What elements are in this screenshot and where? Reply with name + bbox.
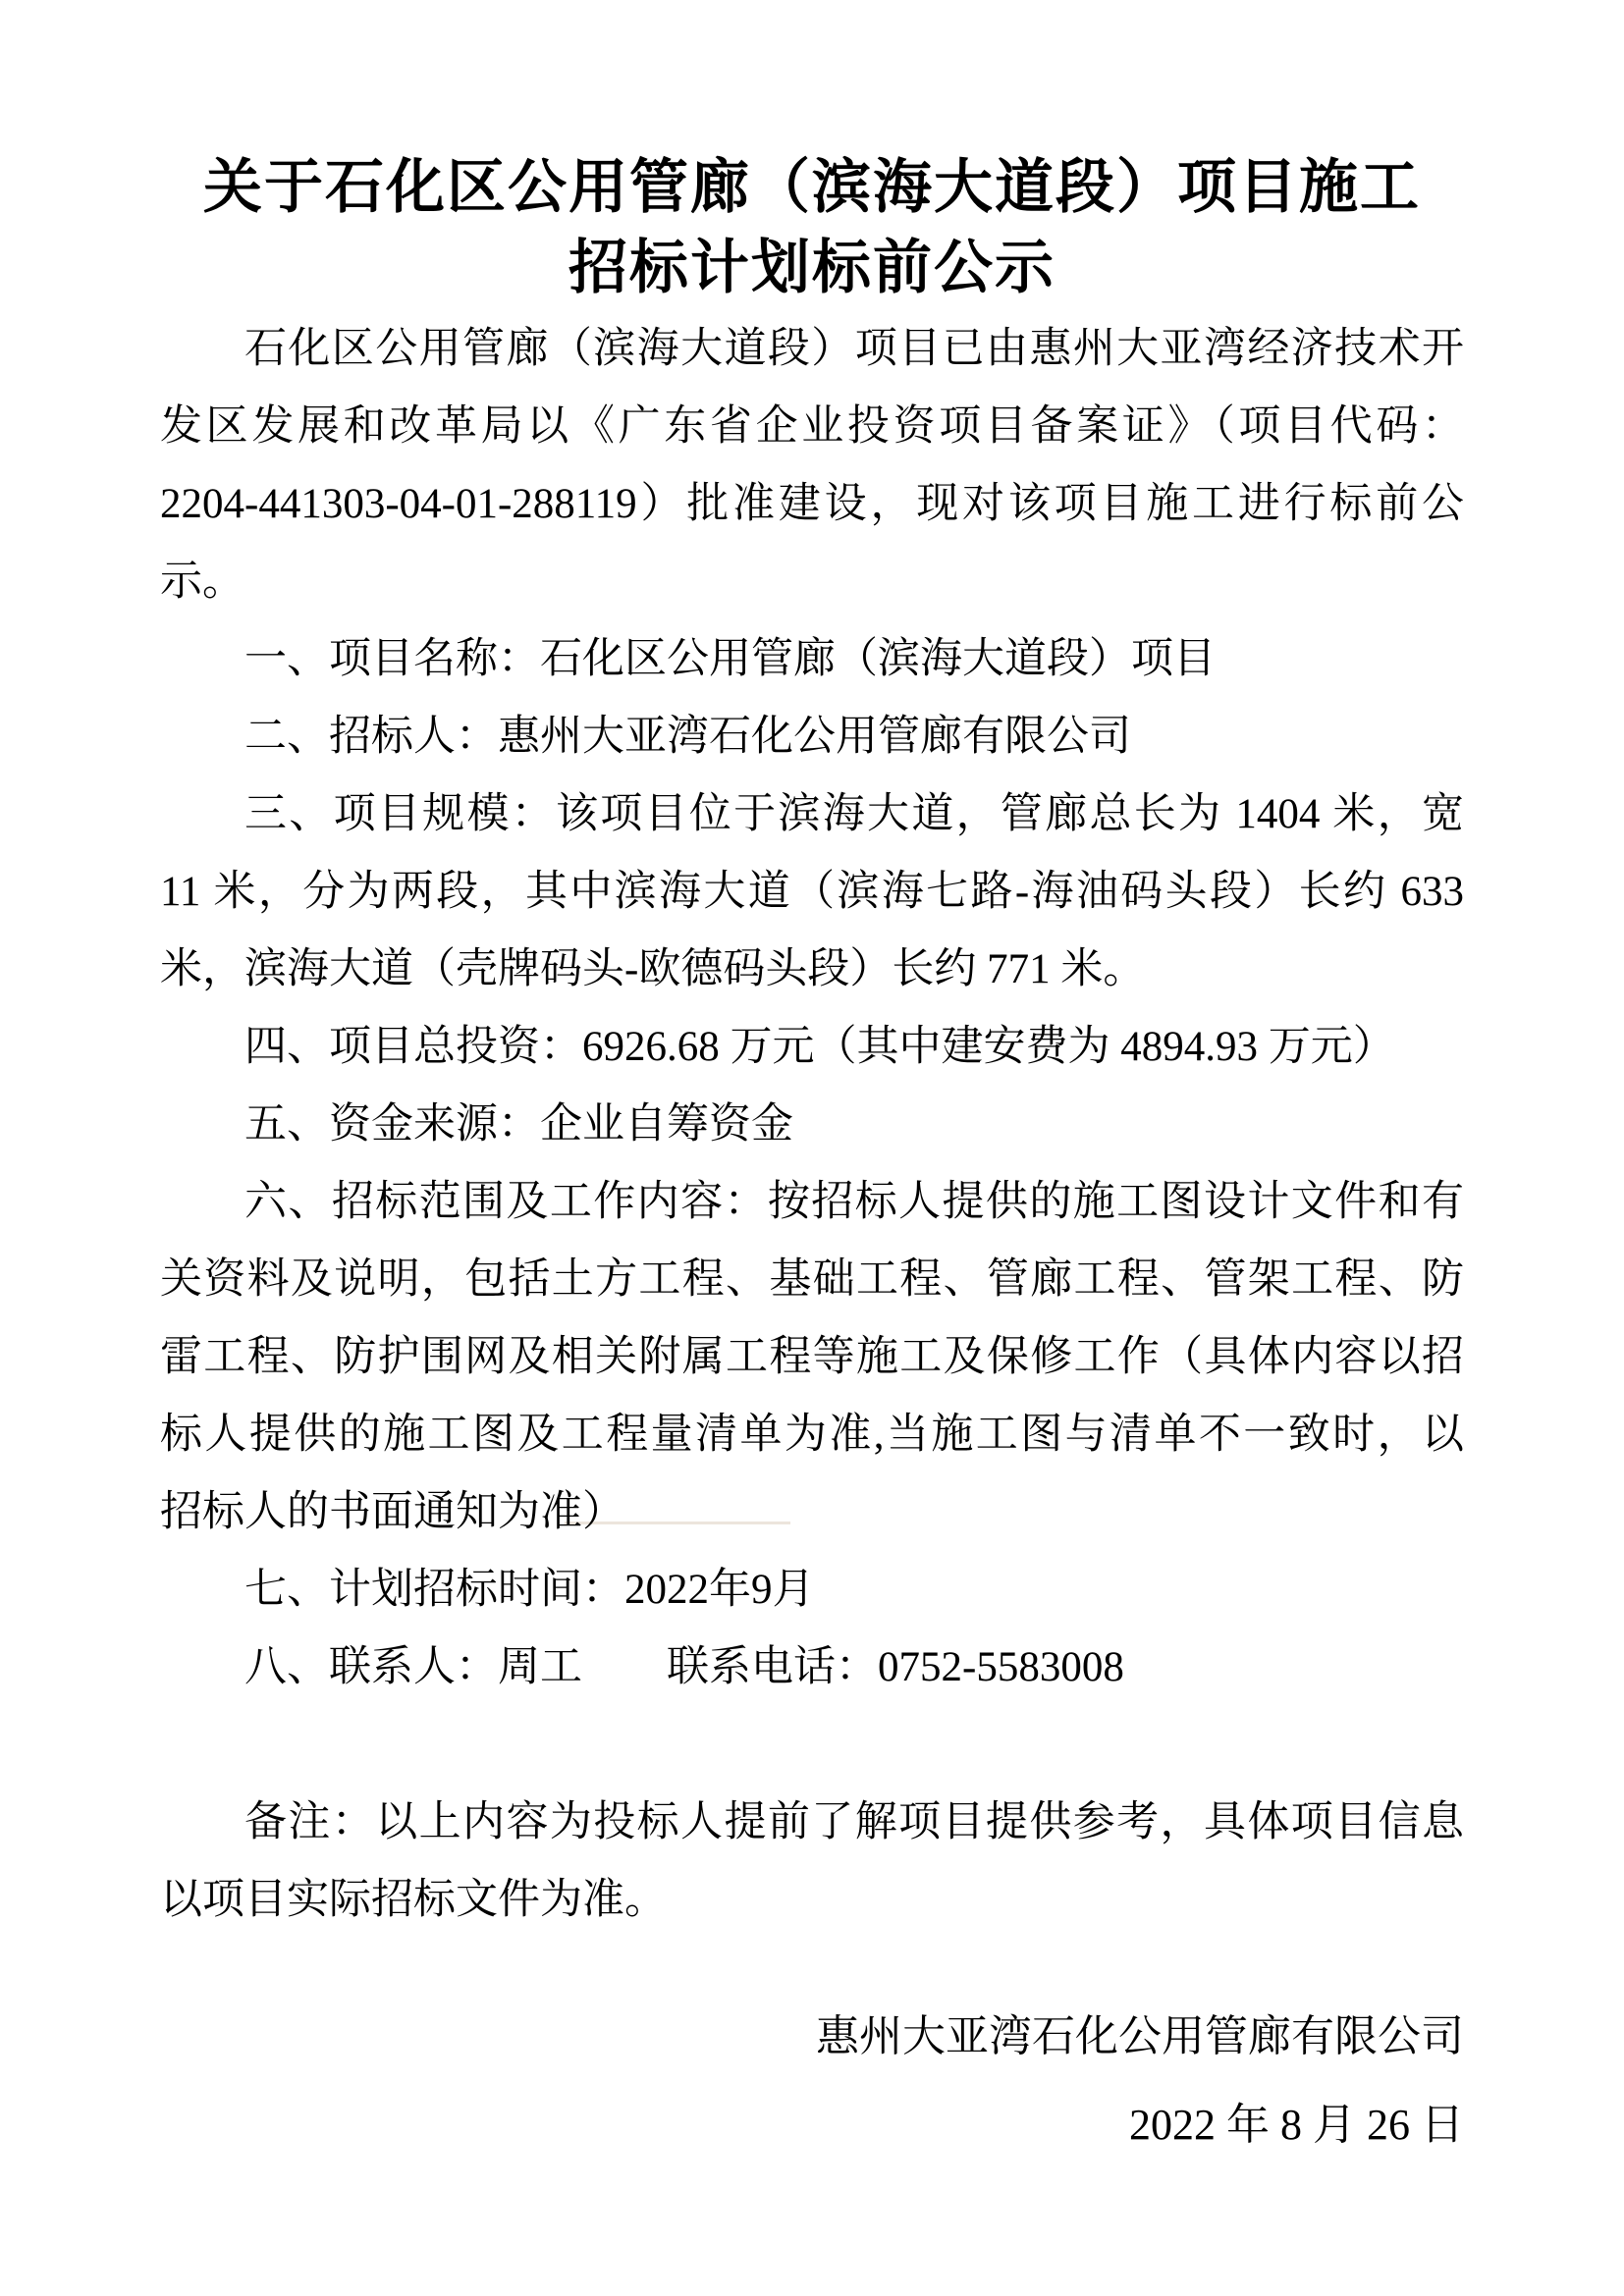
note-line-2: 以项目实际招标文件为准。 [160, 1861, 1464, 1939]
title-line-1: 关于石化区公用管廊（滨海大道段）项目施工 [160, 147, 1464, 228]
body-line-item-3a: 三、项目规模：该项目位于滨海大道，管廊总长为 1404 米，宽 [160, 775, 1464, 853]
body-line-item-1: 一、项目名称：石化区公用管廊（滨海大道段）项目 [160, 620, 1464, 698]
body-line-intro-2: 发区发展和改革局以《广东省企业投资项目备案证》（项目代码： [160, 388, 1464, 465]
document-title: 关于石化区公用管廊（滨海大道段）项目施工 招标计划标前公示 [160, 147, 1464, 308]
document-page: 关于石化区公用管廊（滨海大道段）项目施工 招标计划标前公示 石化区公用管廊（滨海… [0, 0, 1624, 2296]
note-line-1: 备注：以上内容为投标人提前了解项目提供参考，具体项目信息 [160, 1784, 1464, 1861]
body-line-item-6b: 关资料及说明，包括土方工程、基础工程、管廊工程、管架工程、防 [160, 1241, 1464, 1318]
document-body: 石化区公用管廊（滨海大道段）项目已由惠州大亚湾经济技术开 发区发展和改革局以《广… [160, 310, 1464, 1706]
document-note: 备注：以上内容为投标人提前了解项目提供参考，具体项目信息 以项目实际招标文件为准… [160, 1784, 1464, 1939]
body-line-item-2: 二、招标人：惠州大亚湾石化公用管廊有限公司 [160, 698, 1464, 775]
signature-block: 惠州大亚湾石化公用管廊有限公司 2022 年 8 月 26 日 [160, 1993, 1464, 2169]
signature-date: 2022 年 8 月 26 日 [160, 2081, 1464, 2169]
body-line-item-6d: 标人提供的施工图及工程量清单为准,当施工图与清单不一致时，以 [160, 1396, 1464, 1473]
body-line-item-8: 八、联系人：周工 联系电话：0752-5583008 [160, 1629, 1464, 1706]
signature-company: 惠州大亚湾石化公用管廊有限公司 [160, 1993, 1464, 2081]
body-line-item-4: 四、项目总投资：6926.68 万元（其中建安费为 4894.93 万元） [160, 1008, 1464, 1086]
document-content: 关于石化区公用管廊（滨海大道段）项目施工 招标计划标前公示 石化区公用管廊（滨海… [160, 147, 1464, 2169]
body-line-item-6a: 六、招标范围及工作内容：按招标人提供的施工图设计文件和有 [160, 1163, 1464, 1241]
body-line-intro-4: 示。 [160, 543, 1464, 620]
body-line-item-6e: 招标人的书面通知为准） [160, 1473, 1464, 1551]
body-line-item-3c: 米，滨海大道（壳牌码头-欧德码头段）长约 771 米。 [160, 931, 1464, 1008]
body-line-item-7: 七、计划招标时间：2022年9月 [160, 1551, 1464, 1629]
body-line-item-6c: 雷工程、防护围网及相关附属工程等施工及保修工作（具体内容以招 [160, 1318, 1464, 1396]
title-line-2: 招标计划标前公示 [160, 228, 1464, 308]
body-line-item-3b: 11 米，分为两段，其中滨海大道（滨海七路-海油码头段）长约 633 [160, 853, 1464, 931]
body-line-item-5: 五、资金来源：企业自筹资金 [160, 1086, 1464, 1163]
body-line-intro-1: 石化区公用管廊（滨海大道段）项目已由惠州大亚湾经济技术开 [160, 310, 1464, 388]
body-line-intro-3: 2204-441303-04-01-288119）批准建设，现对该项目施工进行标… [160, 465, 1464, 543]
